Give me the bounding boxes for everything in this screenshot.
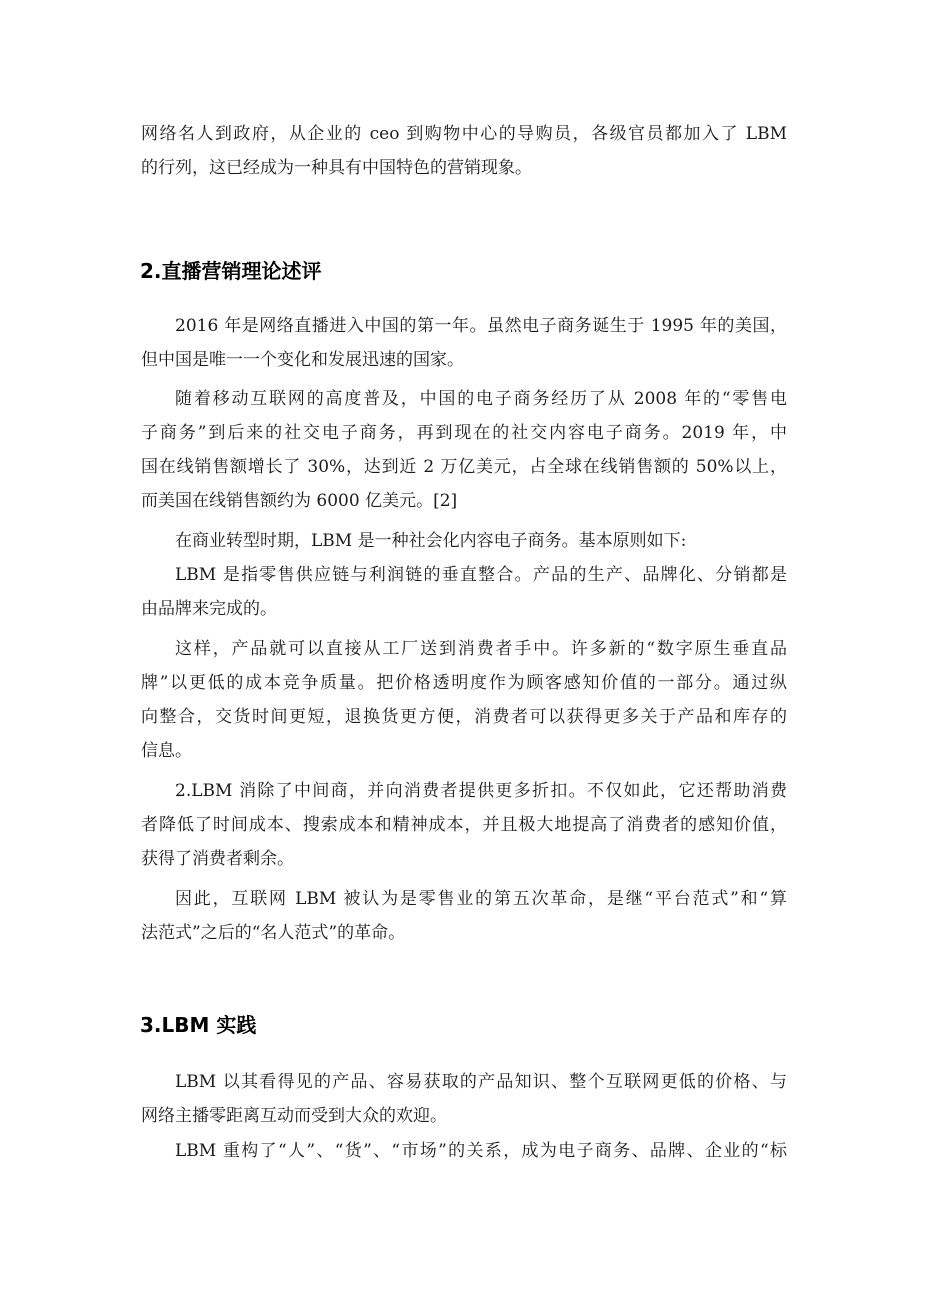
s2-p2-line-4: 而美国在线销售额约为 6000 亿美元。[2] bbox=[141, 490, 787, 512]
s2-p2-line-2: 子商务”到后来的社交电子商务，再到现在的社交内容电子商务。2019 年，中 bbox=[141, 422, 787, 444]
intro-line-1: 网络名人到政府，从企业的 ceo 到购物中心的导购员，各级官员都加入了 LBM bbox=[141, 123, 787, 145]
s3-p1-line-2: 网络主播零距离互动而受到大众的欢迎。 bbox=[141, 1105, 787, 1127]
intro-line-2: 的行列，这已经成为一种具有中国特色的营销现象。 bbox=[141, 157, 787, 179]
s3-p1-line-1: LBM 以其看得见的产品、容易获取的产品知识、整个互联网更低的价格、与 bbox=[175, 1071, 787, 1093]
s2-p7-line-1: 因此，互联网 LBM 被认为是零售业的第五次革命，是继“平台范式”和“算 bbox=[175, 888, 787, 910]
s2-p2-line-1: 随着移动互联网的高度普及，中国的电子商务经历了从 2008 年的“零售电 bbox=[175, 388, 787, 410]
s2-p5-line-2: 牌”以更低的成本竞争质量。把价格透明度作为顾客感知价值的一部分。通过纵 bbox=[141, 672, 787, 694]
s2-p4-line-2: 由品牌来完成的。 bbox=[141, 598, 787, 620]
s2-p6-line-1: 2.LBM 消除了中间商，并向消费者提供更多折扣。不仅如此，它还帮助消费 bbox=[175, 780, 787, 802]
s3-p2-line-1: LBM 重构了“人”、“货”、“市场”的关系，成为电子商务、品牌、企业的“标 bbox=[175, 1140, 787, 1162]
s2-p3-line-1: 在商业转型时期，LBM 是一种社会化内容电子商务。基本原则如下: bbox=[175, 530, 787, 552]
s2-p5-line-3: 向整合，交货时间更短，退换货更方便，消费者可以获得更多关于产品和库存的 bbox=[141, 706, 787, 728]
s2-p6-line-2: 者降低了时间成本、搜索成本和精神成本，并且极大地提高了消费者的感知价值， bbox=[141, 814, 787, 836]
section-3-heading: 3.LBM 实践 bbox=[140, 1012, 256, 1038]
s2-p5-line-1: 这样，产品就可以直接从工厂送到消费者手中。许多新的“数字原生垂直品 bbox=[175, 638, 787, 660]
s2-p5-line-4: 信息。 bbox=[141, 740, 787, 762]
s2-p4-line-1: LBM 是指零售供应链与利润链的垂直整合。产品的生产、品牌化、分销都是 bbox=[175, 564, 787, 586]
document-page: 网络名人到政府，从企业的 ceo 到购物中心的导购员，各级官员都加入了 LBM … bbox=[0, 0, 926, 1309]
s2-p1-line-1: 2016 年是网络直播进入中国的第一年。虽然电子商务诞生于 1995 年的美国， bbox=[175, 315, 787, 337]
s2-p2-line-3: 国在线销售额增长了 30%，达到近 2 万亿美元，占全球在线销售额的 50%以上… bbox=[141, 456, 787, 478]
s2-p7-line-2: 法范式”之后的“名人范式”的革命。 bbox=[141, 922, 787, 944]
section-2-heading: 2.直播营销理论述评 bbox=[140, 258, 322, 284]
s2-p1-line-2: 但中国是唯一一个变化和发展迅速的国家。 bbox=[141, 349, 787, 371]
s2-p6-line-3: 获得了消费者剩余。 bbox=[141, 848, 787, 870]
